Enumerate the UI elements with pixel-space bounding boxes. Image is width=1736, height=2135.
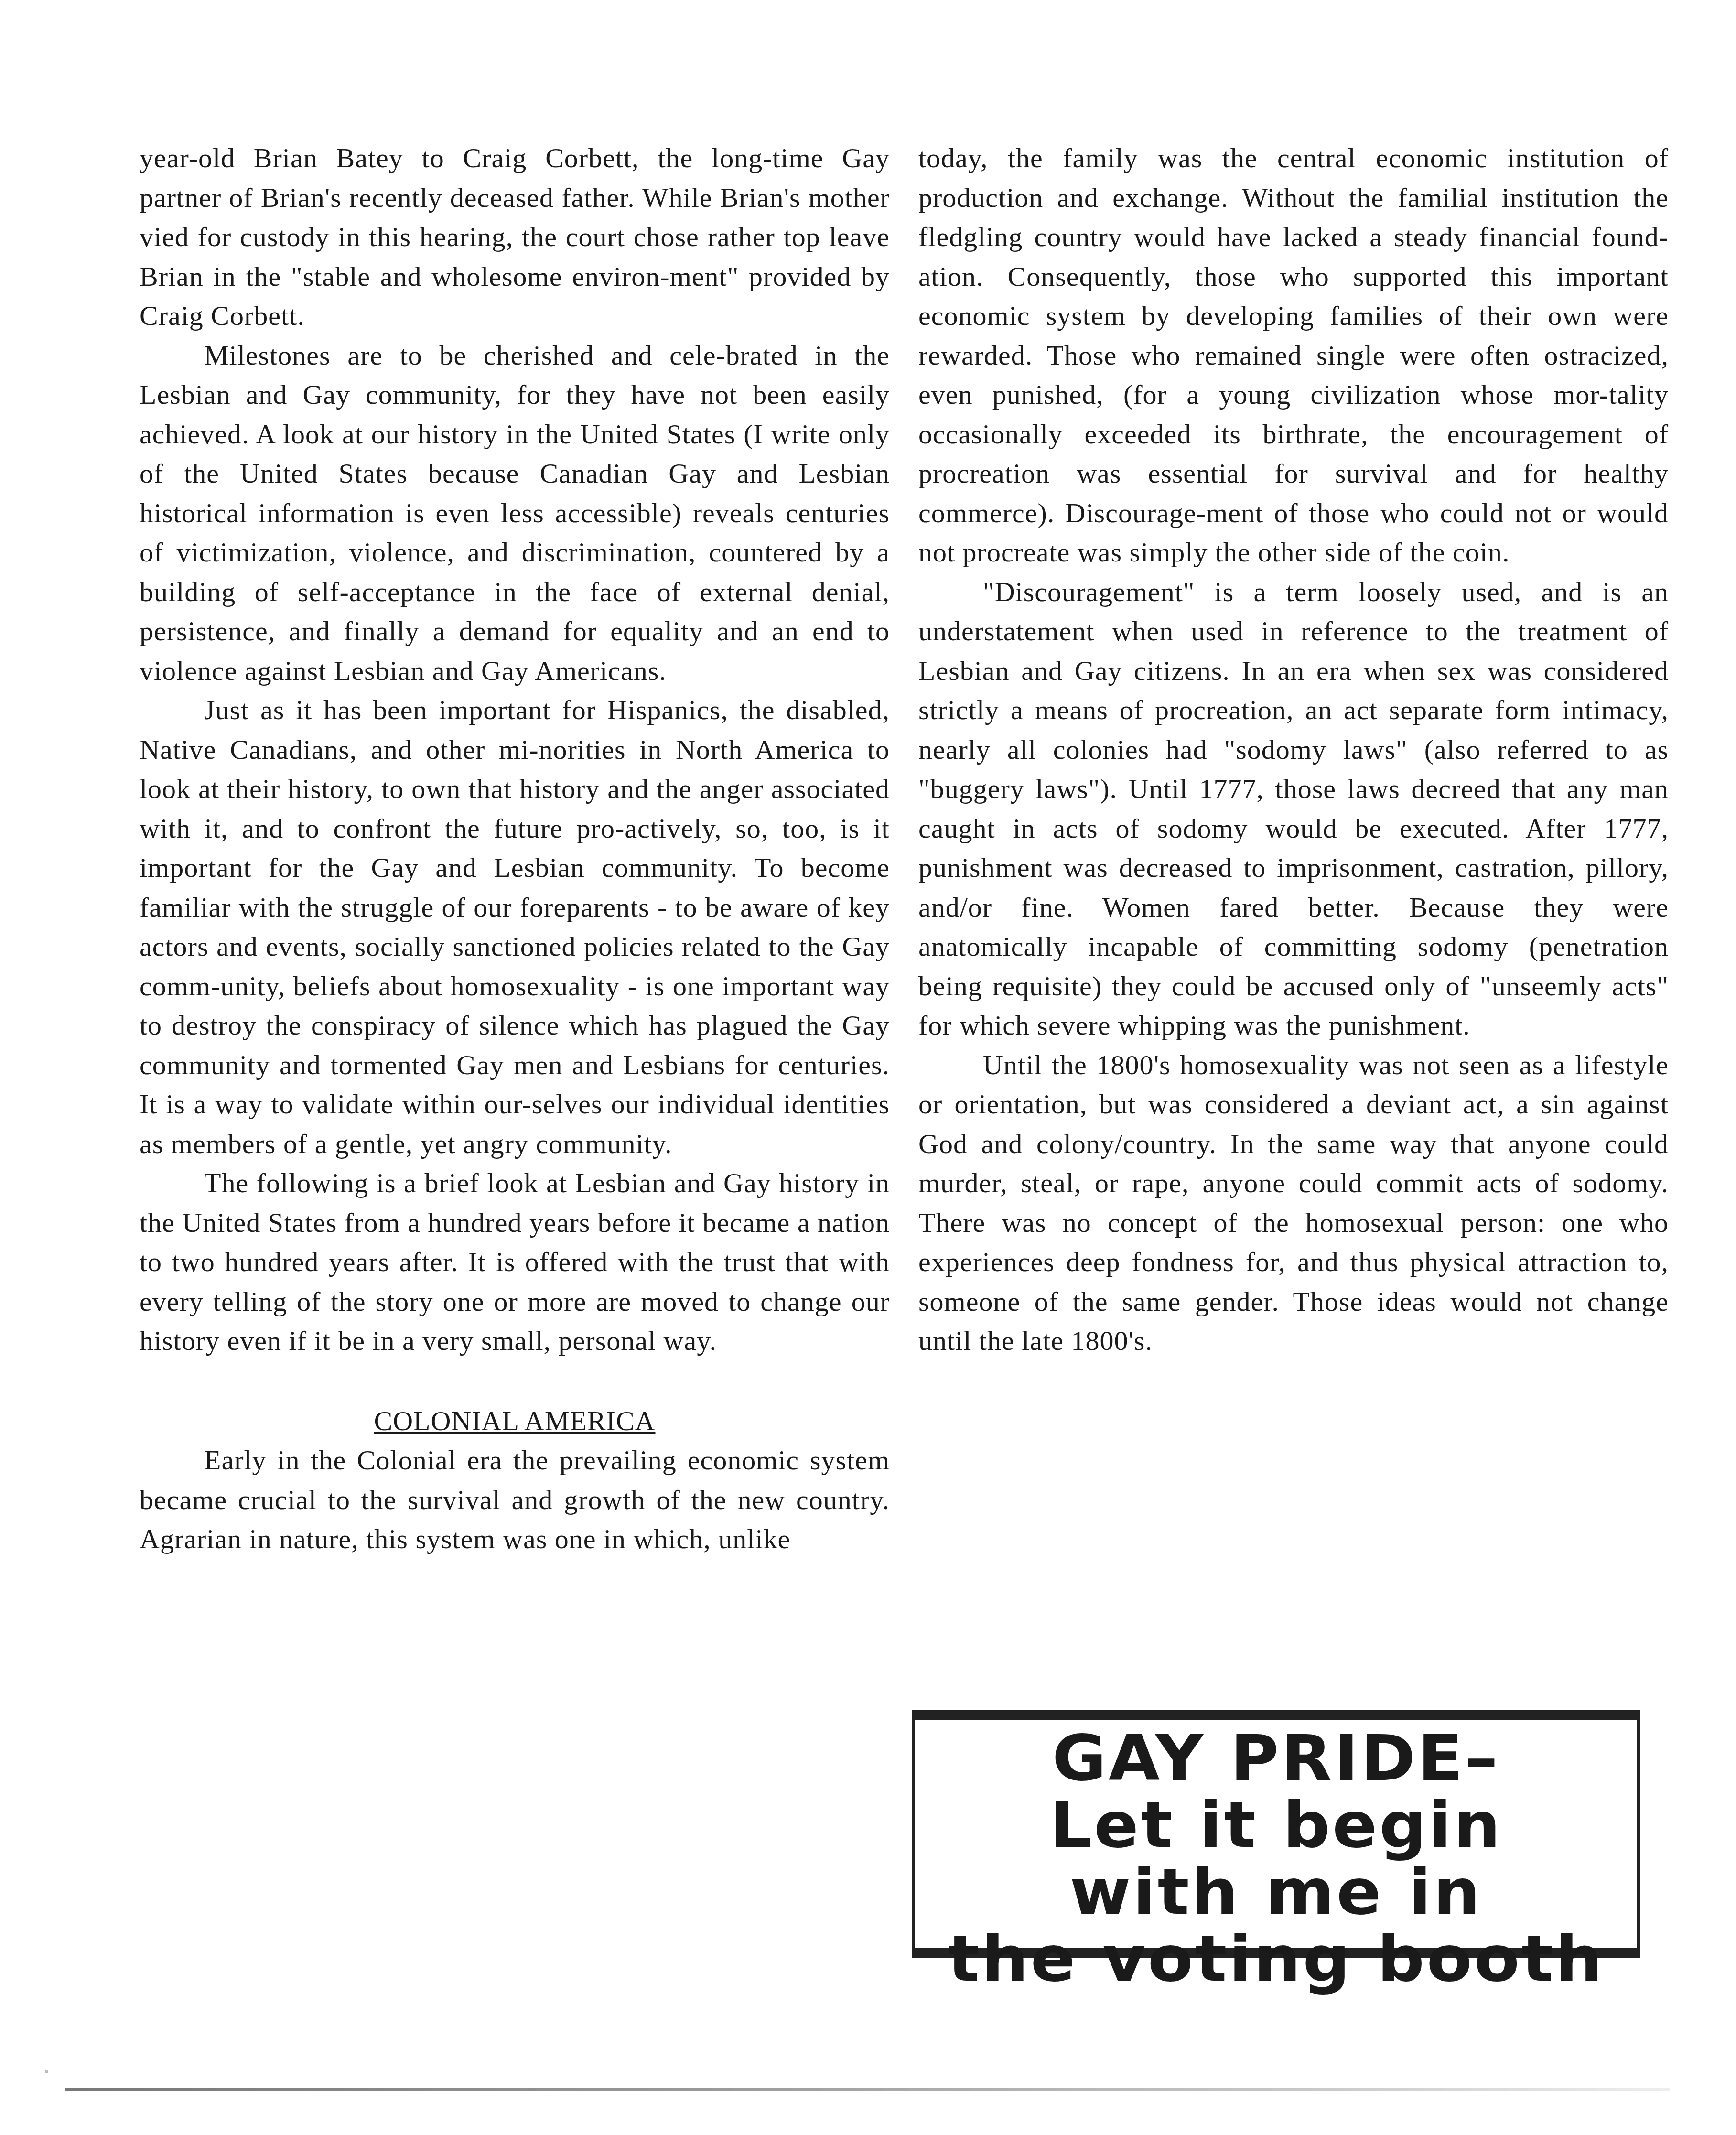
right-column: today, the family was the central econom… <box>918 139 1669 1361</box>
bottom-rule-divider <box>65 2088 1670 2091</box>
paragraph: The following is a brief look at Lesbian… <box>140 1164 890 1361</box>
ad-line: with me in <box>1069 1859 1482 1926</box>
section-heading: COLONIAL AMERICA <box>140 1402 890 1441</box>
paragraph: today, the family was the central econom… <box>918 139 1669 572</box>
ad-line: the voting booth <box>948 1926 1604 1993</box>
paragraph: "Discouragement" is a term loosely used,… <box>918 572 1669 1046</box>
ad-line: Let it begin <box>1049 1792 1502 1859</box>
paragraph: Milestones are to be cherished and cele-… <box>140 336 890 691</box>
document-page: year-old Brian Batey to Craig Corbett, t… <box>0 0 1736 2135</box>
gay-pride-ad-box: GAY PRIDE– Let it begin with me in the v… <box>912 1710 1640 1958</box>
paragraph: Early in the Colonial era the prevailing… <box>140 1441 890 1559</box>
left-column: year-old Brian Batey to Craig Corbett, t… <box>140 139 890 1559</box>
ad-line-headline: GAY PRIDE– <box>1052 1725 1499 1792</box>
paragraph: Until the 1800's homosexuality was not s… <box>918 1046 1669 1361</box>
paragraph: year-old Brian Batey to Craig Corbett, t… <box>140 139 890 336</box>
scan-artifact <box>45 2070 48 2073</box>
paragraph: Just as it has been important for Hispan… <box>140 690 890 1164</box>
